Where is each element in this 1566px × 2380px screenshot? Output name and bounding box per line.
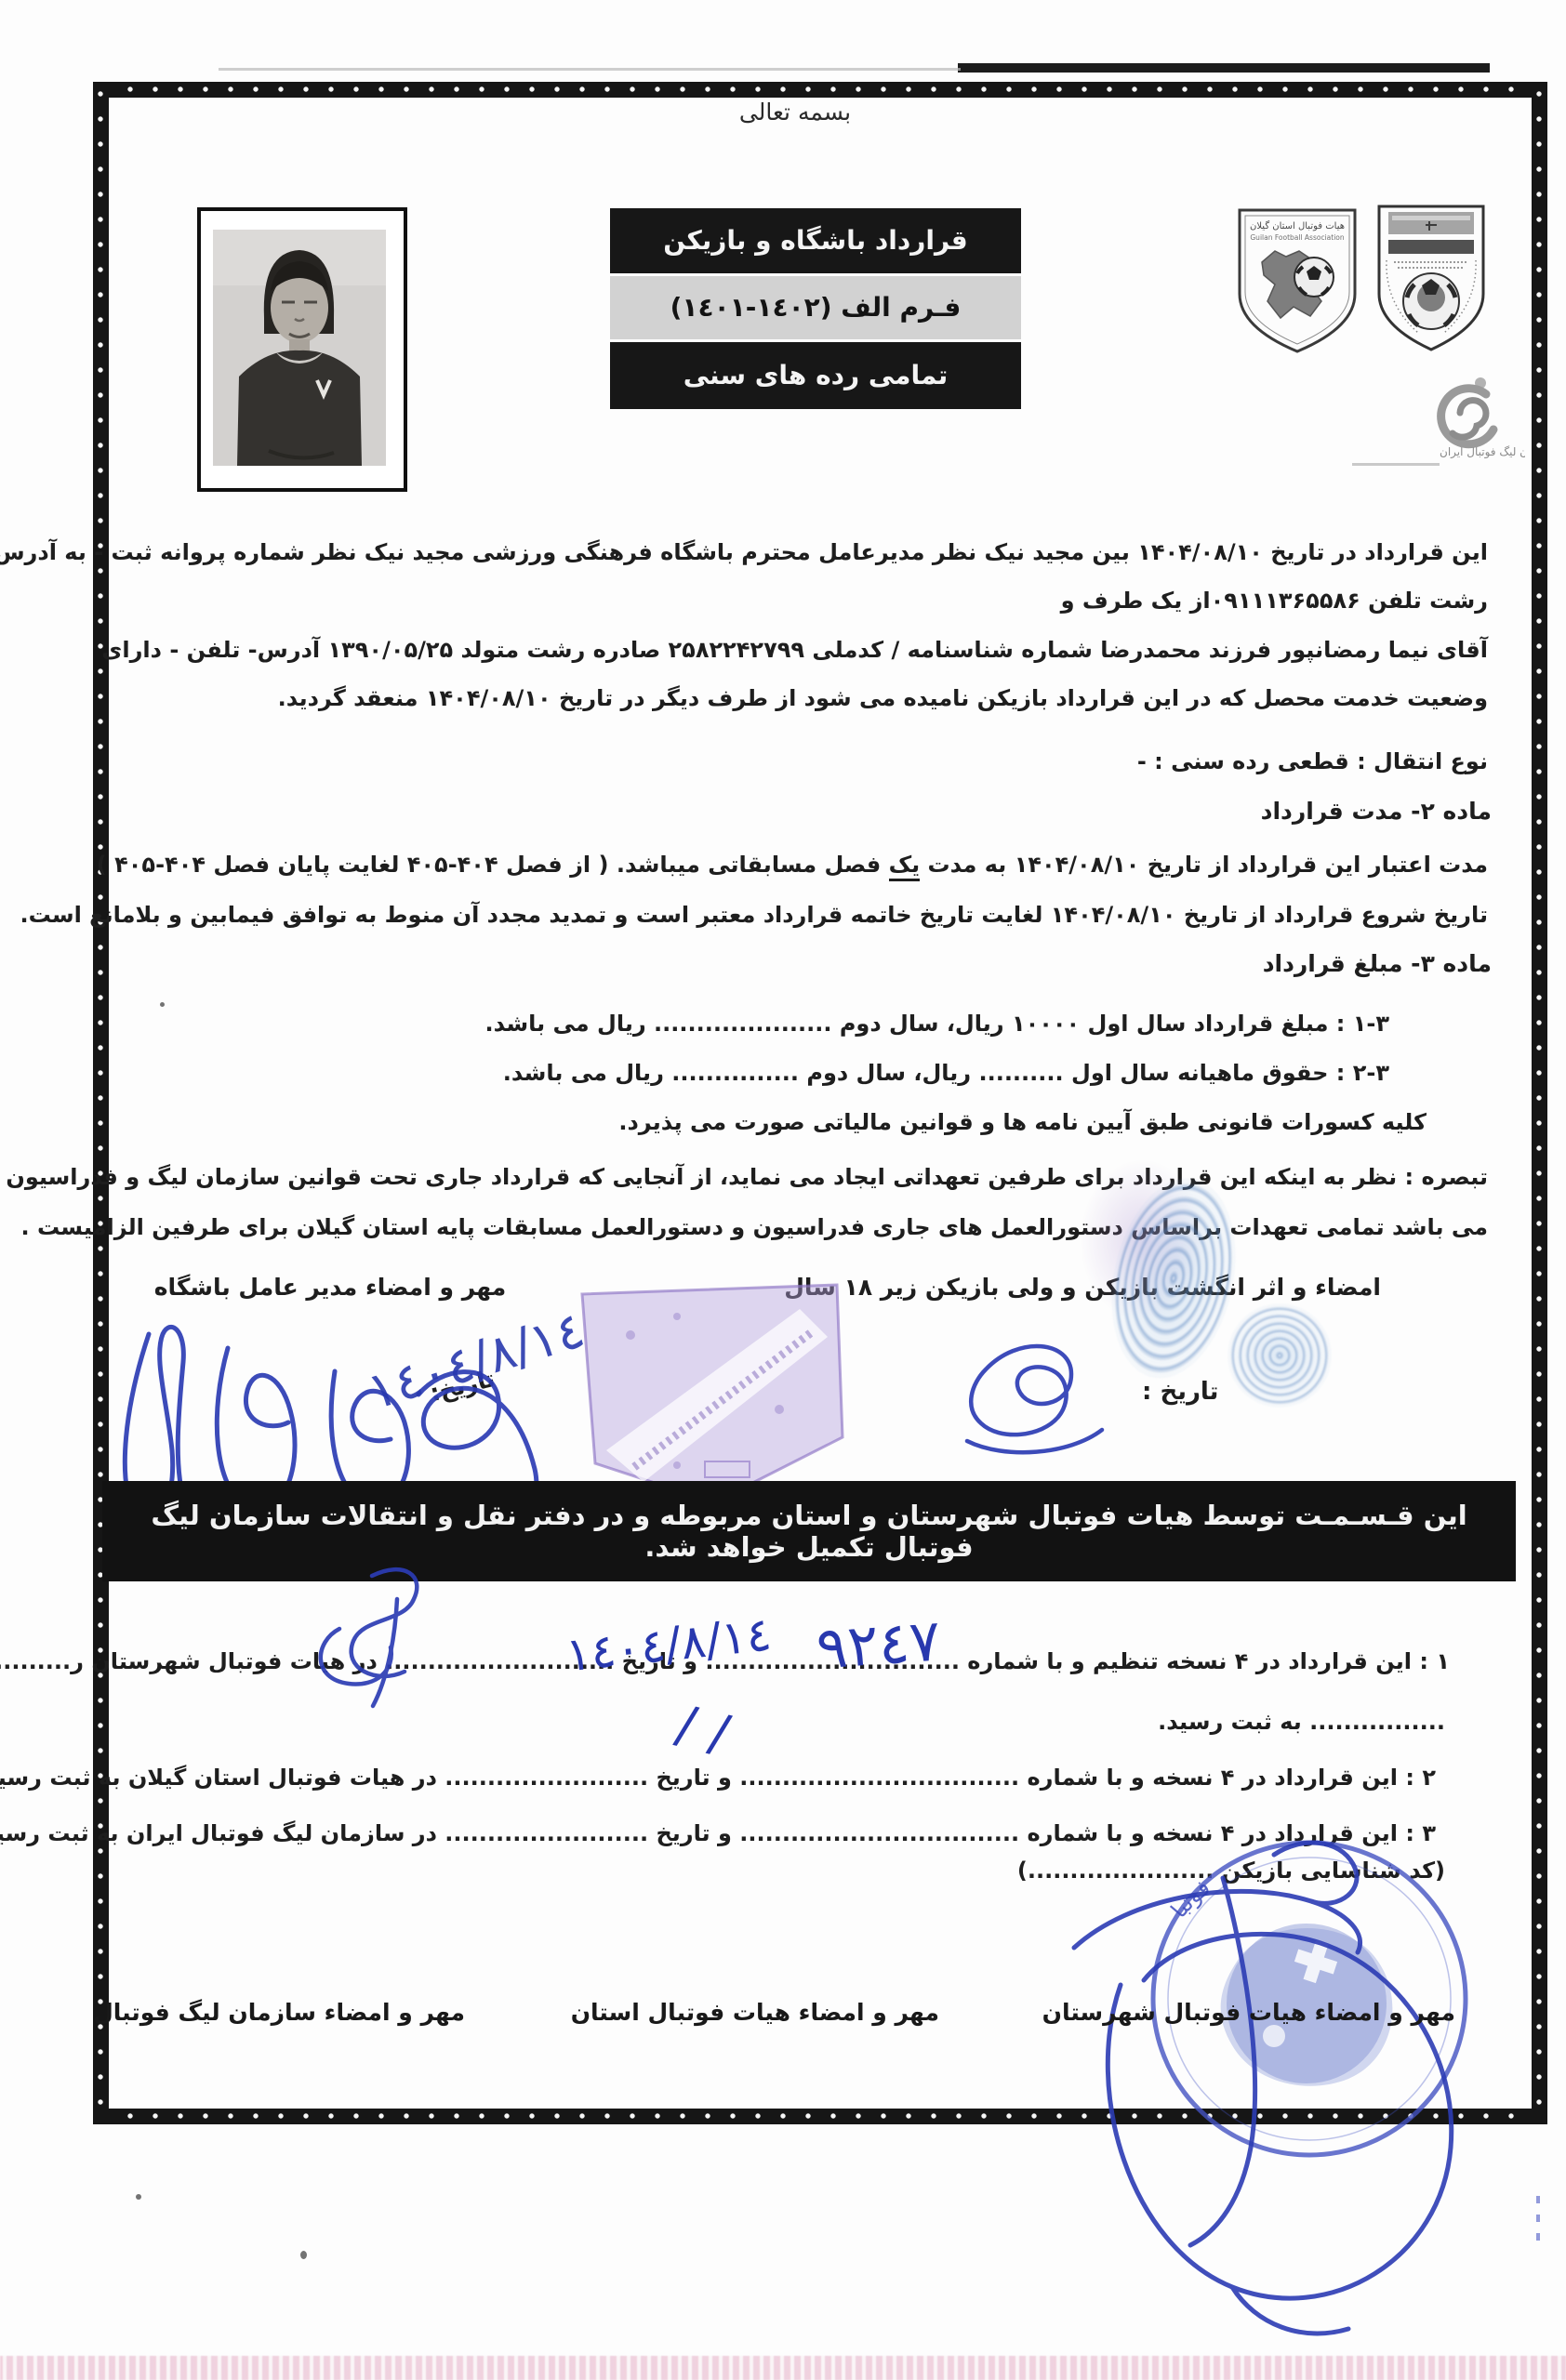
title-box-row3: تمامی رده های سنی (610, 342, 1021, 409)
federation-logo (1374, 201, 1489, 355)
article3-clause1: ۱-۳ : مبلغ قرارداد سال اول ۱۰۰۰۰ ریال، س… (485, 1011, 1389, 1037)
article2-line1-underlined-word: یک (889, 852, 921, 881)
contract-paragraph1-line4: وضعیت خدمت محصل که در این قرارداد بازیکن… (278, 685, 1488, 711)
registration-slashes-handwritten: / / (670, 1694, 736, 1765)
league-org-logo: سازمان لیگ فوتبال ایران (1320, 370, 1525, 482)
club-stamp-purple (565, 1279, 856, 1514)
bismillah-text: بسمه تعالی (725, 99, 865, 126)
svg-text:فوتبال شهرستان ر: فوتبال شهرستان ر (1042, 1822, 1215, 1923)
footer-label-shahrestan: مهر و امضاء هیات فوتبال شهرستان (1097, 1999, 1455, 2026)
contract-paragraph1-line3: آقای نیما رمضانپور فرزند محمدرضا شماره ش… (101, 637, 1488, 663)
scan-dash-right-margin (1536, 2196, 1540, 2252)
article2-line1-pre: مدت اعتبار این قرارداد از تاریخ ۱۴۰۴/۰۸/… (920, 852, 1488, 878)
contract-paragraph1-line1: این قرارداد در تاریخ ۱۴۰۴/۰۸/۱۰ بین مجید… (0, 539, 1488, 565)
article3-title: ماده ۳- مبلغ قرارداد (1263, 950, 1492, 977)
frame-border-right (1532, 82, 1547, 2124)
frame-border-top (93, 82, 1547, 98)
contract-document-page: بسمه تعالی قرارداد باشگاه و بازیکن فـرم … (0, 0, 1566, 2380)
scanner-noise-strip (0, 2356, 1566, 2380)
transfer-type-line: نوع انتقال : قطعی رده سنی : - (1137, 748, 1488, 774)
footer-label-ostan: مهر و امضاء هیات فوتبال استان (586, 1999, 939, 2026)
player-photo-image (213, 230, 386, 466)
contract-paragraph1-line2: رشت تلفن ۰۹۱۱۱۳۶۵۵۸۶از یک طرف و (1061, 588, 1488, 614)
scan-dot-1 (136, 2194, 141, 2200)
article2-line1: مدت اعتبار این قرارداد از تاریخ ۱۴۰۴/۰۸/… (97, 852, 1488, 878)
title-box: قرارداد باشگاه و بازیکن فـرم الف (١٤٠٢-١… (610, 208, 1021, 409)
frame-border-left (93, 82, 109, 2124)
title-box-row1: قرارداد باشگاه و بازیکن (610, 208, 1021, 273)
article3-deductions-line: کلیه کسورات قانونی طبق آیین نامه ها و قو… (618, 1109, 1427, 1135)
player-fingerprint-small (1218, 1294, 1342, 1418)
district-registrar-signature (284, 1543, 446, 1720)
scan-artifact-bar (958, 63, 1490, 73)
district-stamp-text: فوتبال شهرستان ر (1042, 1822, 1215, 1923)
title-box-row2: فـرم الف (١٤٠٢-١٤٠١) (610, 276, 1021, 339)
guilan-fa-logo: هیات فوتبال استان گیلان Guilan Football … (1232, 205, 1362, 357)
article2-line2: تاریخ شروع قرارداد از تاریخ ۱۴۰۴/۰۸/۱۰ ل… (20, 902, 1488, 928)
player-date-label: تاریخ : (1142, 1378, 1218, 1406)
article3-clause2: ۲-۳ : حقوق ماهیانه سال اول .......... ری… (503, 1060, 1389, 1086)
player-photo (197, 207, 407, 492)
player-signature (930, 1318, 1125, 1481)
guilan-fa-caption-en: Guilan Football Association (1250, 233, 1344, 242)
article2-title: ماده ۲- مدت قرارداد (1261, 798, 1492, 825)
footer-label-league: مهر و امضاء سازمان لیگ فوتبال (158, 1999, 465, 2026)
article2-line1-post: فصل مسابقاتی میباشد. ( از فصل ۴۰۴-۴۰۵ لغ… (97, 852, 889, 878)
note-line1: تبصره : نظر به اینکه این قرارداد برای طر… (0, 1164, 1488, 1190)
note-line2: می باشد تمامی تعهدات براساس دستورالعمل ه… (21, 1214, 1488, 1240)
guilan-fa-caption: هیات فوتبال استان گیلان (1250, 220, 1345, 231)
scan-artifact-line (219, 68, 961, 71)
scan-dot-2 (300, 2251, 307, 2259)
registration-item2: ۲ : این قرارداد در ۴ نسخه و با شماره ...… (0, 1765, 1436, 1791)
scan-dot-3 (160, 1002, 165, 1007)
registration-item1-line2: ................ به ثبت رسید. (1158, 1709, 1445, 1735)
league-org-caption: سازمان لیگ فوتبال ایران (1440, 445, 1525, 459)
registration-number-handwritten: ۹۲٤۷ (815, 1606, 943, 1682)
district-board-stamp-and-signature: فوتبال شهرستان ر (1042, 1822, 1566, 2380)
